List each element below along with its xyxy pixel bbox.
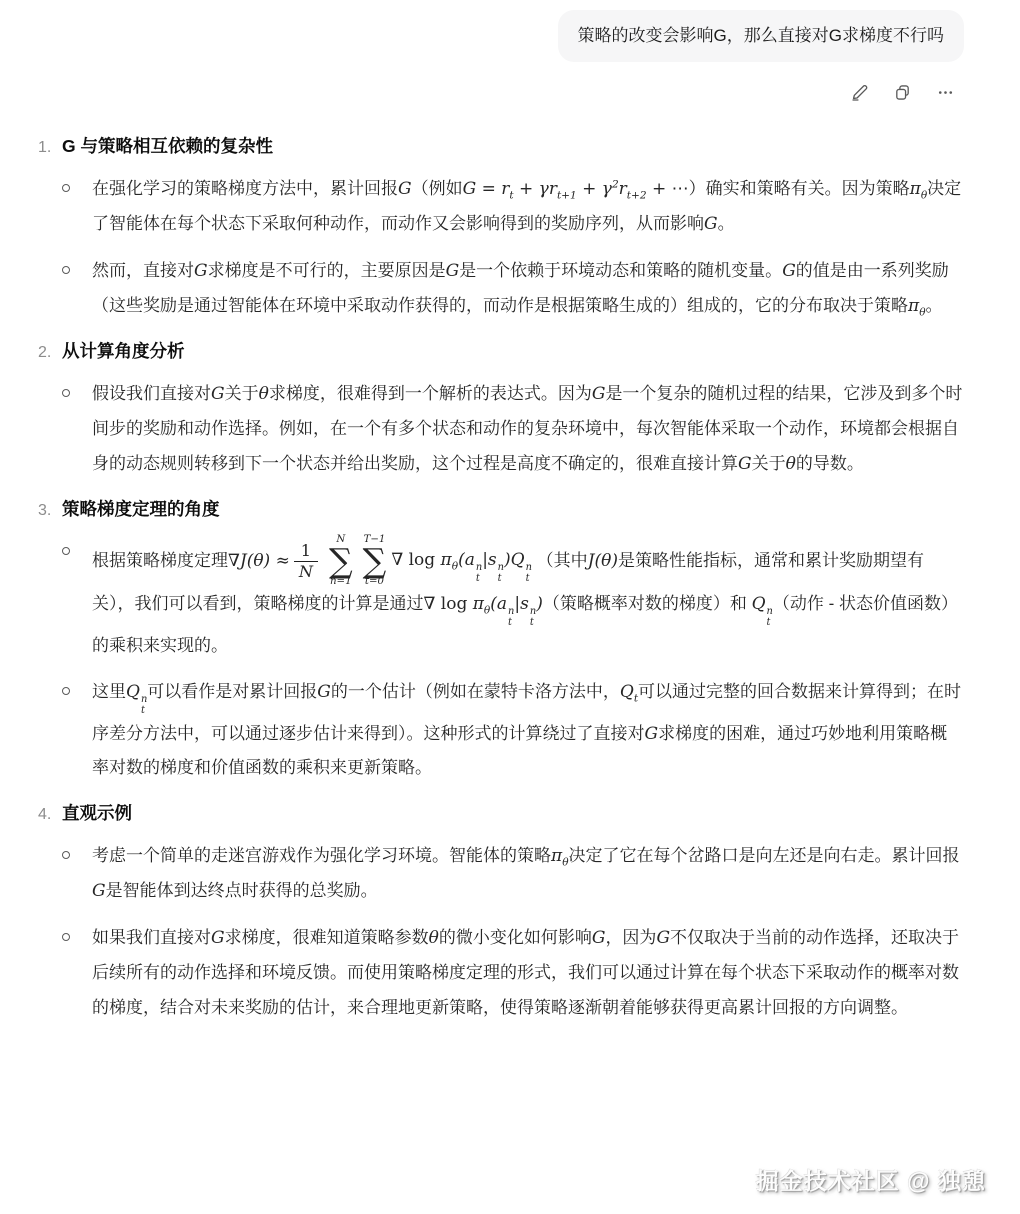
section-number: 4. — [38, 806, 62, 824]
section-heading: 4. 直观示例 — [38, 800, 964, 825]
bullet-text: 假设我们直接对G关于θ求梯度，很难得到一个解析的表达式。因为G是一个复杂的随机过… — [92, 377, 964, 482]
bullet-item: 在强化学习的策略梯度方法中，累计回报G（例如G = rt + γrt+1 + γ… — [62, 172, 964, 242]
bullet-text: 考虑一个简单的走迷宫游戏作为强化学习环境。智能体的策略πθ决定了它在每个岔路口是… — [92, 839, 964, 909]
user-message-text: 策略的改变会影响G，那么直接对G求梯度不行吗 — [578, 26, 944, 45]
section-number: 3. — [38, 502, 62, 520]
bullet-text: 根据策略梯度定理∇J(θ) ≈1NN∑n=1T−1∑t=0∇ log πθ(an… — [92, 535, 964, 664]
section-title: 从计算角度分析 — [62, 338, 185, 363]
bullet-item: 如果我们直接对G求梯度，很难知道策略参数θ的微小变化如何影响G，因为G不仅取决于… — [62, 921, 964, 1026]
ellipsis-icon — [935, 82, 956, 103]
bullet-item: 然而，直接对G求梯度是不可行的，主要原因是G是一个依赖于环境动态和策略的随机变量… — [62, 254, 964, 324]
section-bullets: 假设我们直接对G关于θ求梯度，很难得到一个解析的表达式。因为G是一个复杂的随机过… — [38, 377, 964, 482]
bullet-item: 根据策略梯度定理∇J(θ) ≈1NN∑n=1T−1∑t=0∇ log πθ(an… — [62, 535, 964, 664]
answer-section: 2. 从计算角度分析 假设我们直接对G关于θ求梯度，很难得到一个解析的表达式。因… — [38, 338, 964, 482]
message-actions — [38, 78, 964, 107]
bullet-text: 这里Qnt可以看作是对累计回报G的一个估计（例如在蒙特卡洛方法中，Qt可以通过完… — [92, 675, 964, 786]
answer-section: 1. G 与策略相互依赖的复杂性 在强化学习的策略梯度方法中，累计回报G（例如G… — [38, 133, 964, 324]
section-bullets: 考虑一个简单的走迷宫游戏作为强化学习环境。智能体的策略πθ决定了它在每个岔路口是… — [38, 839, 964, 1025]
answer-section: 4. 直观示例 考虑一个简单的走迷宫游戏作为强化学习环境。智能体的策略πθ决定了… — [38, 800, 964, 1025]
bullet-item: 考虑一个简单的走迷宫游戏作为强化学习环境。智能体的策略πθ决定了它在每个岔路口是… — [62, 839, 964, 909]
user-message-bubble: 策略的改变会影响G，那么直接对G求梯度不行吗 — [558, 10, 964, 62]
copy-message-button[interactable] — [888, 78, 917, 107]
bullet-circle-icon — [62, 184, 70, 192]
bullet-circle-icon — [62, 687, 70, 695]
edit-message-button[interactable] — [845, 78, 874, 107]
bullet-text: 然而，直接对G求梯度是不可行的，主要原因是G是一个依赖于环境动态和策略的随机变量… — [92, 254, 964, 324]
section-bullets: 在强化学习的策略梯度方法中，累计回报G（例如G = rt + γrt+1 + γ… — [38, 172, 964, 324]
chat-page: 策略的改变会影响G，那么直接对G求梯度不行吗 — [0, 0, 1020, 1214]
section-title: G 与策略相互依赖的复杂性 — [62, 133, 273, 158]
section-bullets: 根据策略梯度定理∇J(θ) ≈1NN∑n=1T−1∑t=0∇ log πθ(an… — [38, 535, 964, 787]
section-heading: 2. 从计算角度分析 — [38, 338, 964, 363]
pencil-icon — [849, 82, 870, 103]
section-heading: 1. G 与策略相互依赖的复杂性 — [38, 133, 964, 158]
bullet-item: 这里Qnt可以看作是对累计回报G的一个估计（例如在蒙特卡洛方法中，Qt可以通过完… — [62, 675, 964, 786]
section-number: 1. — [38, 139, 62, 157]
bullet-text: 如果我们直接对G求梯度，很难知道策略参数θ的微小变化如何影响G，因为G不仅取决于… — [92, 921, 964, 1026]
user-message-row: 策略的改变会影响G，那么直接对G求梯度不行吗 — [38, 10, 964, 62]
section-heading: 3. 策略梯度定理的角度 — [38, 496, 964, 521]
bullet-circle-icon — [62, 547, 70, 555]
answer-section: 3. 策略梯度定理的角度 根据策略梯度定理∇J(θ) ≈1NN∑n=1T−1∑t… — [38, 496, 964, 787]
bullet-circle-icon — [62, 266, 70, 274]
watermark: 掘金技术社区 @ 独憩 — [756, 1163, 986, 1196]
section-number: 2. — [38, 344, 62, 362]
more-options-button[interactable] — [931, 78, 960, 107]
bullet-circle-icon — [62, 933, 70, 941]
answer-list: 1. G 与策略相互依赖的复杂性 在强化学习的策略梯度方法中，累计回报G（例如G… — [38, 133, 964, 1025]
bullet-circle-icon — [62, 851, 70, 859]
bullet-text: 在强化学习的策略梯度方法中，累计回报G（例如G = rt + γrt+1 + γ… — [92, 172, 964, 242]
copy-icon — [892, 82, 913, 103]
section-title: 策略梯度定理的角度 — [62, 496, 220, 521]
section-title: 直观示例 — [62, 800, 132, 825]
bullet-circle-icon — [62, 389, 70, 397]
bullet-item: 假设我们直接对G关于θ求梯度，很难得到一个解析的表达式。因为G是一个复杂的随机过… — [62, 377, 964, 482]
